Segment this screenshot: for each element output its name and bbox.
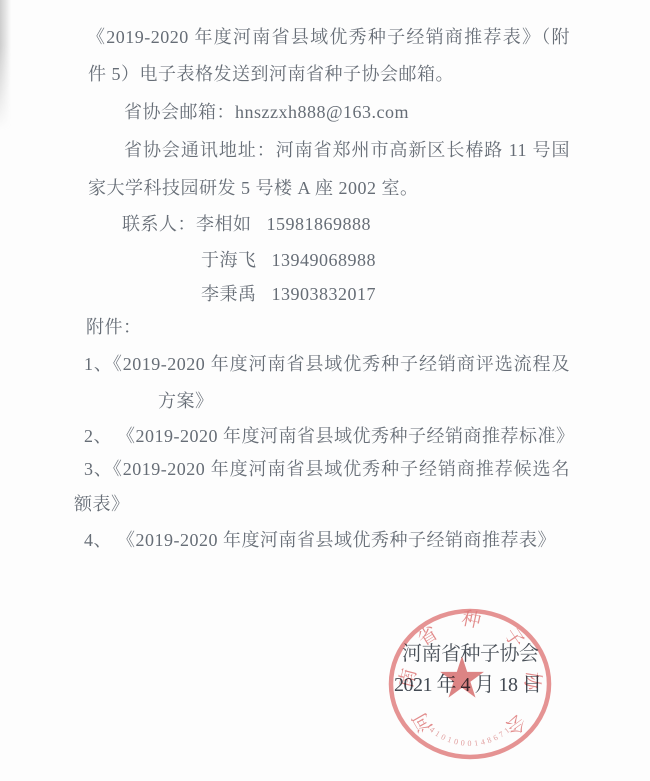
attachment-3-line-2: 额表》 — [74, 493, 130, 516]
attachment-1-line-1: 1、《2019-2020 年度河南省县域优秀种子经销商评选流程及 — [84, 353, 570, 376]
contact-line-2: 于海飞 13949068988 — [201, 249, 376, 272]
seal-code: 4101000148671 — [428, 724, 514, 748]
body-line-2: 件 5）电子表格发送到河南省种子协会邮箱。 — [88, 63, 454, 86]
attachment-1-line-2: 方案》 — [158, 390, 214, 413]
address-line-2: 家大学科技园研发 5 号楼 A 座 2002 室。 — [88, 177, 419, 200]
attachment-3-line-1: 3、《2019-2020 年度河南省县域优秀种子经销商推荐候选名 — [84, 458, 570, 481]
scanned-document-page: 《2019-2020 年度河南省县域优秀种子经销商推荐表》（附 件 5）电子表格… — [0, 0, 650, 781]
contact-line-3: 李秉禹 13903832017 — [201, 283, 376, 306]
attachments-label: 附件： — [86, 316, 142, 339]
body-line-1: 《2019-2020 年度河南省县域优秀种子经销商推荐表》（附 — [87, 26, 570, 49]
signature-date: 2021 年 4 月 18 日 — [394, 672, 542, 698]
address-line-1: 省协会通讯地址：河南省郑州市高新区长椿路 11 号国 — [124, 139, 570, 162]
contact-line-1: 联系人：李相如 15981869888 — [122, 213, 371, 236]
seal-code-holder: 4101000148671 — [428, 724, 514, 748]
attachment-2: 2、 《2019-2020 年度河南省县域优秀种子经销商推荐标准》 — [84, 425, 575, 448]
email-line: 省协会邮箱：hnszzxh888@163.com — [124, 101, 409, 124]
scan-shadow — [0, 0, 12, 130]
attachment-4: 4、 《2019-2020 年度河南省县域优秀种子经销商推荐表》 — [84, 529, 556, 552]
signature-org-name: 河南省种子协会 — [402, 641, 539, 667]
